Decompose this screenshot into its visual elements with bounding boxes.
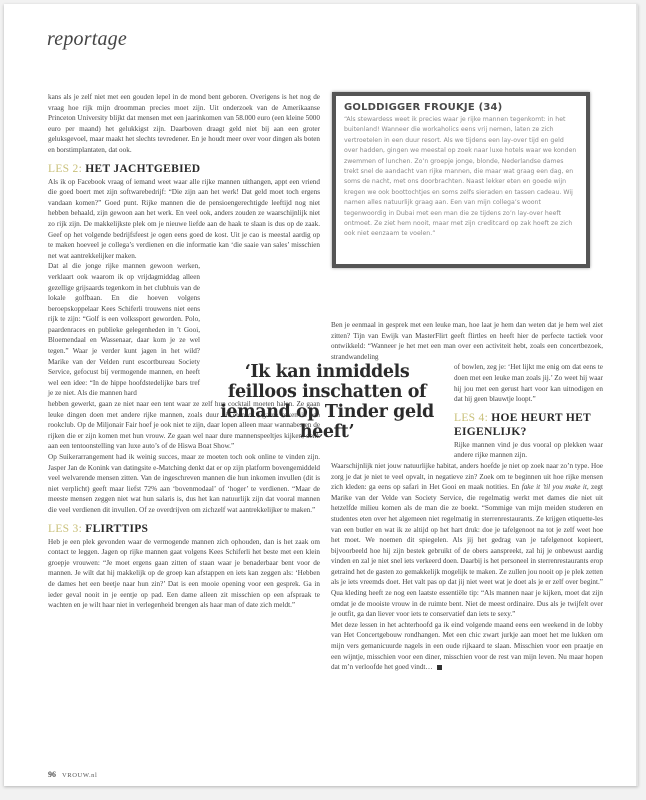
- les4-prefix: LES 4:: [454, 412, 491, 424]
- les2-heading: LES 2: HET JACHTGEBIED: [48, 162, 320, 176]
- les3-heading: LES 3: FLIRTTIPS: [48, 522, 320, 536]
- les4-emphasis: fake it ’til you make it: [522, 483, 587, 491]
- les4-heading: LES 4: HOE HEURT HET EIGENLIJK?: [454, 411, 603, 439]
- right-paragraph-1: Ben je eenmaal in gesprek met een leuke …: [331, 320, 603, 362]
- les2-paragraph-2-wrapped: Dat al die jonge rijke mannen gewoon wer…: [48, 261, 200, 399]
- golddigger-sidebar-box: GOLDDIGGER FROUKJE (34) “Als stewardess …: [332, 92, 590, 268]
- les4-paragraph-2: Met deze lessen in het achterhoofd ga ik…: [331, 620, 603, 673]
- les4-paragraph-1: Waarschijnlijk niet jouw natuurlijke hab…: [331, 461, 603, 620]
- left-column: kans als je zelf niet met een gouden lep…: [48, 92, 320, 611]
- les2-title: HET JACHTGEBIED: [85, 163, 200, 175]
- les2-paragraph-3: Op Suikerarrangement had ik weinig succe…: [48, 452, 320, 516]
- section-label: reportage: [47, 28, 127, 51]
- magazine-name: VROUW.nl: [62, 772, 97, 779]
- intro-paragraph: kans als je zelf niet met een gouden lep…: [48, 92, 320, 156]
- les2-paragraph-1: Als ik op Facebook vraag of iemand weet …: [48, 177, 320, 262]
- sidebar-box-title: GOLDDIGGER FROUKJE (34): [344, 102, 578, 113]
- closing-text: Met deze lessen in het achterhoofd ga ik…: [331, 621, 603, 671]
- page-number: 96: [48, 770, 56, 779]
- les4-text-b: , zegt Marike van der Velde van Society …: [331, 483, 603, 618]
- les3-prefix: LES 3:: [48, 523, 85, 535]
- les2-prefix: LES 2:: [48, 163, 85, 175]
- end-mark-icon: [437, 665, 442, 670]
- les4-paragraph-wrapped: Rijke mannen vind je dus vooral op plekk…: [454, 440, 603, 461]
- les3-paragraph-1: Heb je een plek gevonden waar de vermoge…: [48, 537, 320, 611]
- pull-quote: ‘Ik kan inmiddels feilloos inschatten of…: [217, 362, 437, 442]
- right-paragraph-1-wrapped: of bowlen, zeg je: ‘Het lijkt me enig om…: [454, 362, 603, 404]
- les3-title: FLIRTTIPS: [85, 523, 148, 535]
- magazine-page: reportage kans als je zelf niet met een …: [4, 4, 638, 786]
- page-footer: 96VROUW.nl: [48, 770, 97, 779]
- sidebar-box-text: “Als stewardess weet ik precies waar je …: [344, 115, 578, 240]
